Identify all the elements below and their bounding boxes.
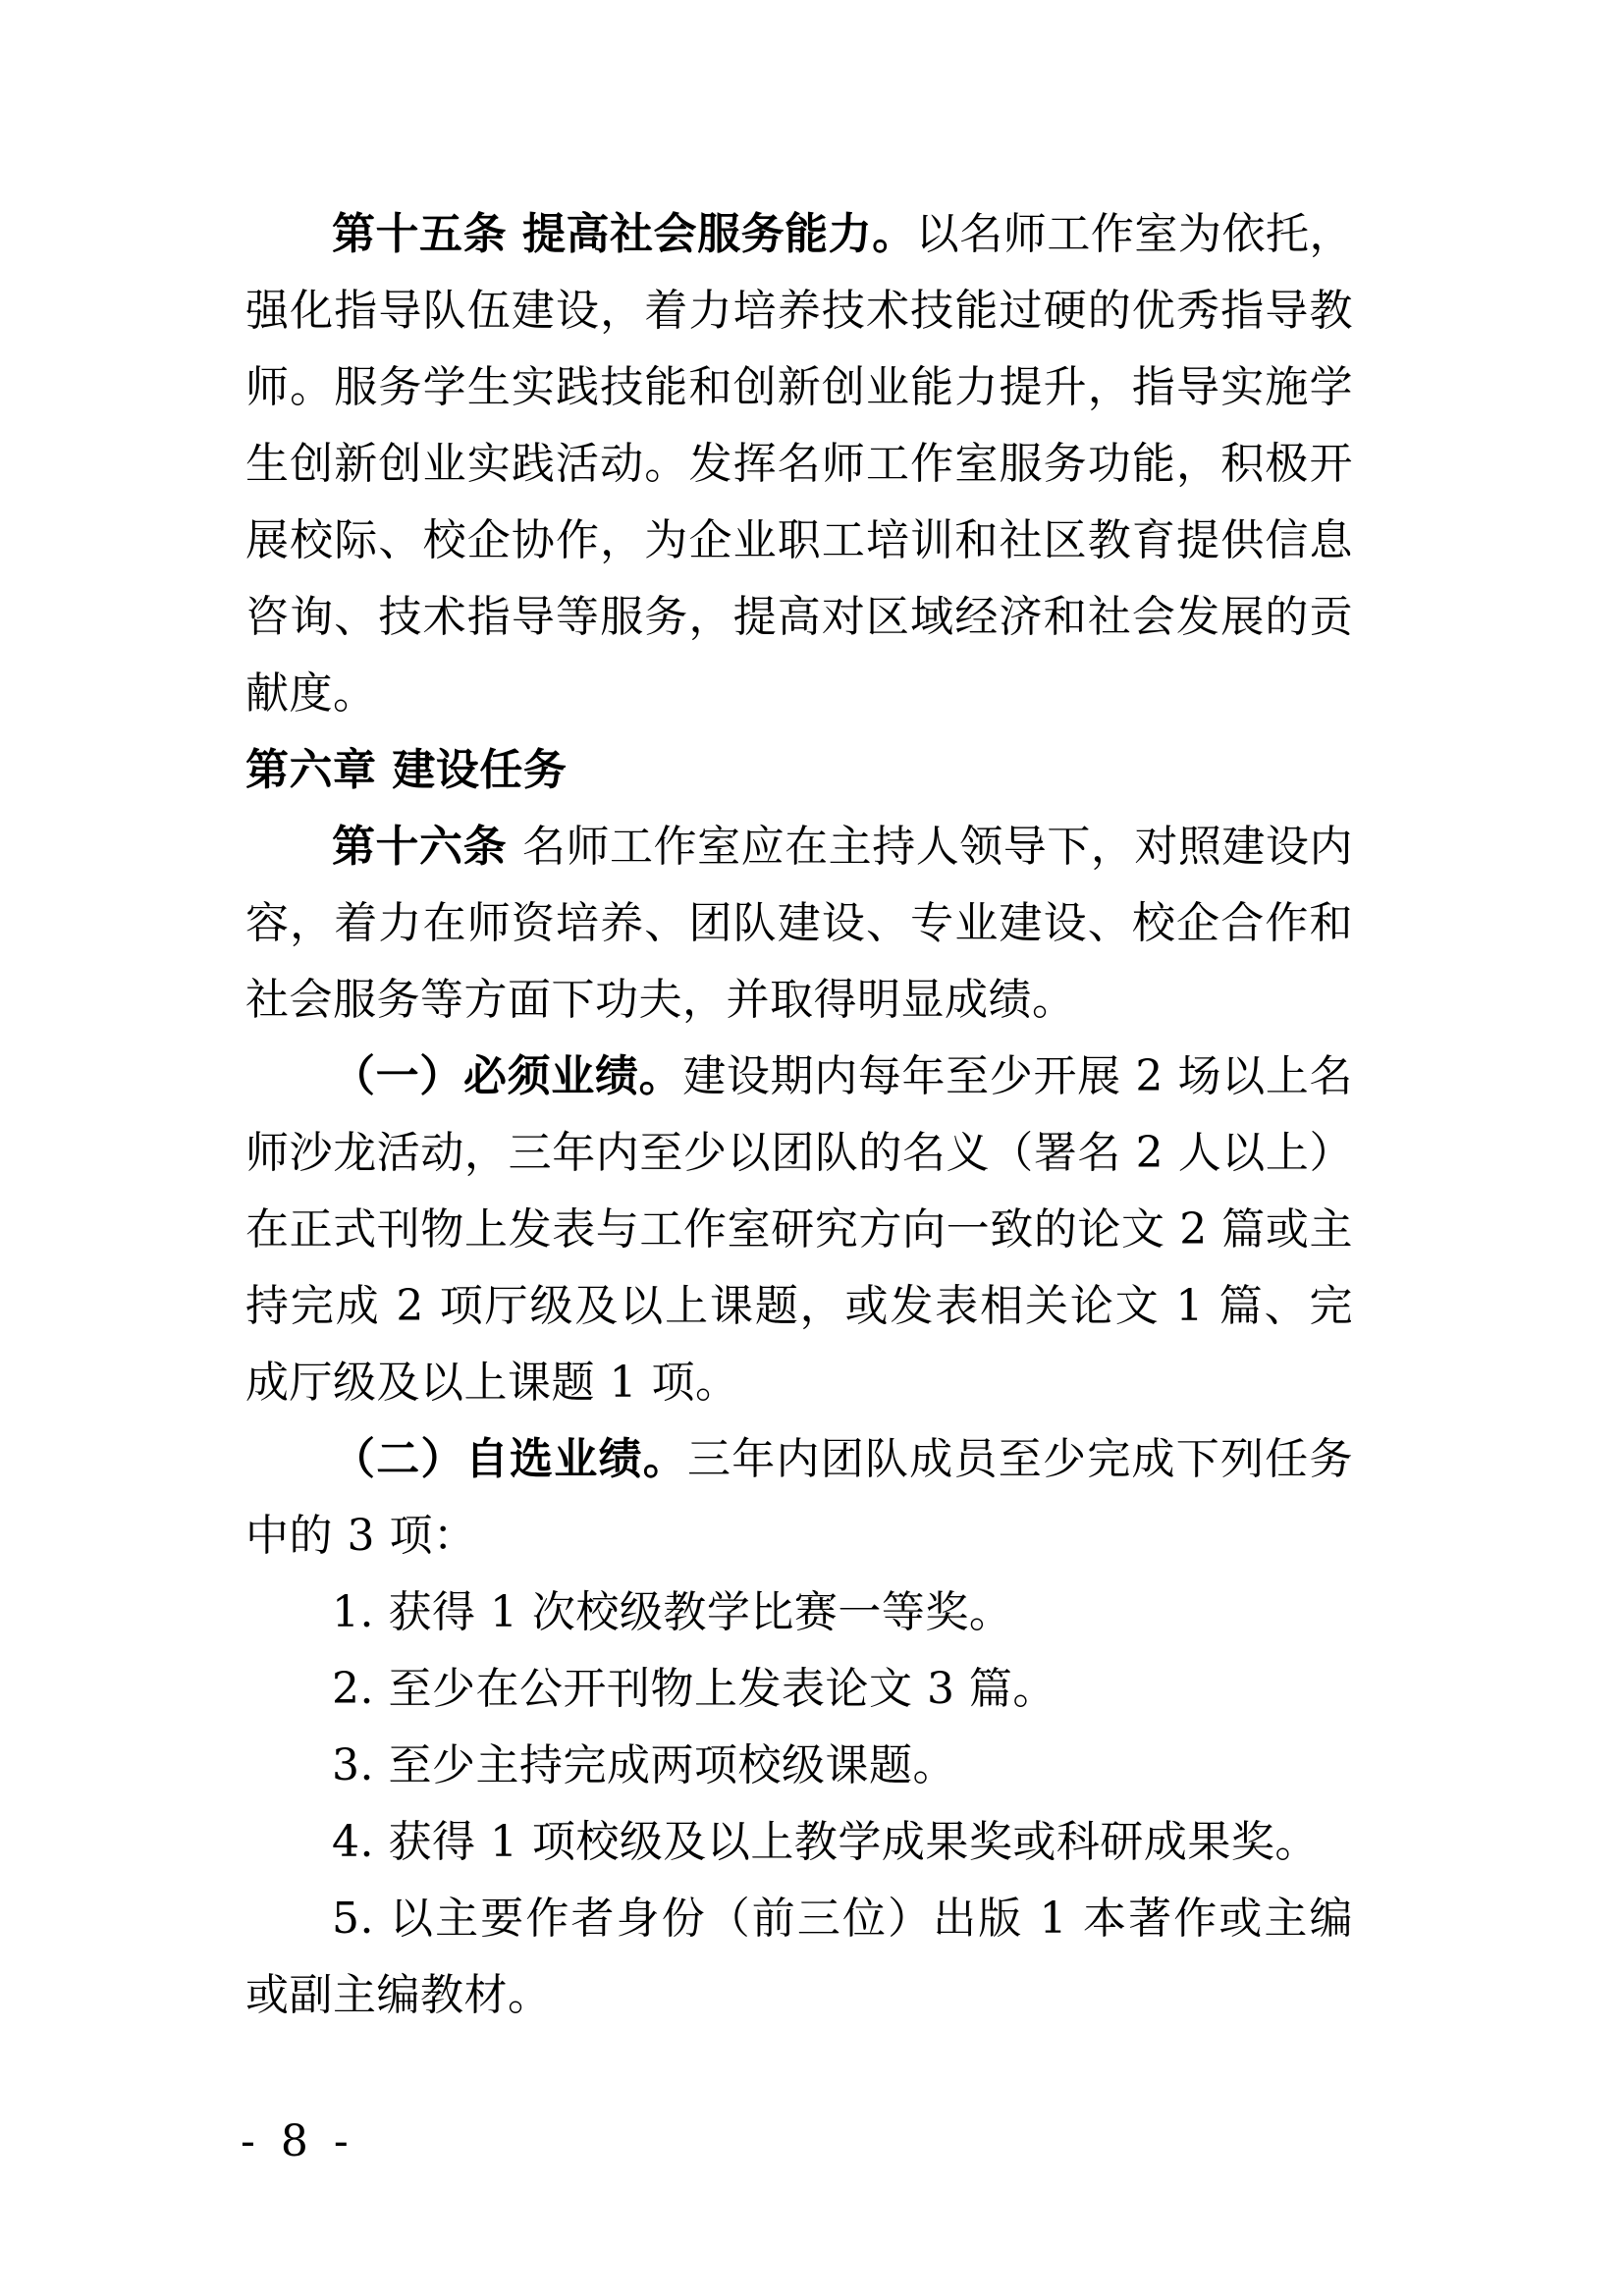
chapter-6-heading: 第六章 建设任务 <box>245 732 1353 809</box>
list-item-task-3: 3. 至少主持完成两项校级课题。 <box>245 1728 1353 1804</box>
document-page: 第十五条 提高社会服务能力。以名师工作室为依托，强化指导队伍建设，着力培养技术技… <box>0 0 1624 2296</box>
list-item-task-5: 5. 以主要作者身份（前三位）出版 1 本著作或主编或副主编教材。 <box>245 1881 1353 2034</box>
paragraph-article-15: 第十五条 提高社会服务能力。以名师工作室为依托，强化指导队伍建设，着力培养技术技… <box>245 196 1353 732</box>
optional-results-label: （二）自选业绩。 <box>332 1434 687 1484</box>
article-15-body-text: 以名师工作室为依托，强化指导队伍建设，着力培养技术技能过硬的优秀指导教师。服务学… <box>245 209 1353 719</box>
list-item-task-1: 1. 获得 1 次校级教学比赛一等奖。 <box>245 1575 1353 1651</box>
list-item-task-4: 4. 获得 1 项校级及以上教学成果奖或科研成果奖。 <box>245 1804 1353 1881</box>
list-item-task-2: 2. 至少在公开刊物上发表论文 3 篇。 <box>245 1651 1353 1728</box>
required-results-label: （一）必须业绩。 <box>332 1051 682 1101</box>
footer-page-number: - 8 - <box>241 2120 354 2163</box>
article-15-heading: 第十五条 提高社会服务能力。 <box>332 209 916 259</box>
paragraph-optional-results: （二）自选业绩。三年内团队成员至少完成下列任务中的 3 项： <box>245 1421 1353 1575</box>
required-results-body-text: 建设期内每年至少开展 2 场以上名师沙龙活动，三年内至少以团队的名义（署名 2 … <box>245 1051 1353 1408</box>
paragraph-required-results: （一）必须业绩。建设期内每年至少开展 2 场以上名师沙龙活动，三年内至少以团队的… <box>245 1039 1353 1421</box>
document-body: 第十五条 提高社会服务能力。以名师工作室为依托，强化指导队伍建设，着力培养技术技… <box>245 196 1353 2034</box>
paragraph-article-16: 第十六条 名师工作室应在主持人领导下，对照建设内容，着力在师资培养、团队建设、专… <box>245 809 1353 1039</box>
article-16-heading: 第十六条 <box>332 822 522 872</box>
